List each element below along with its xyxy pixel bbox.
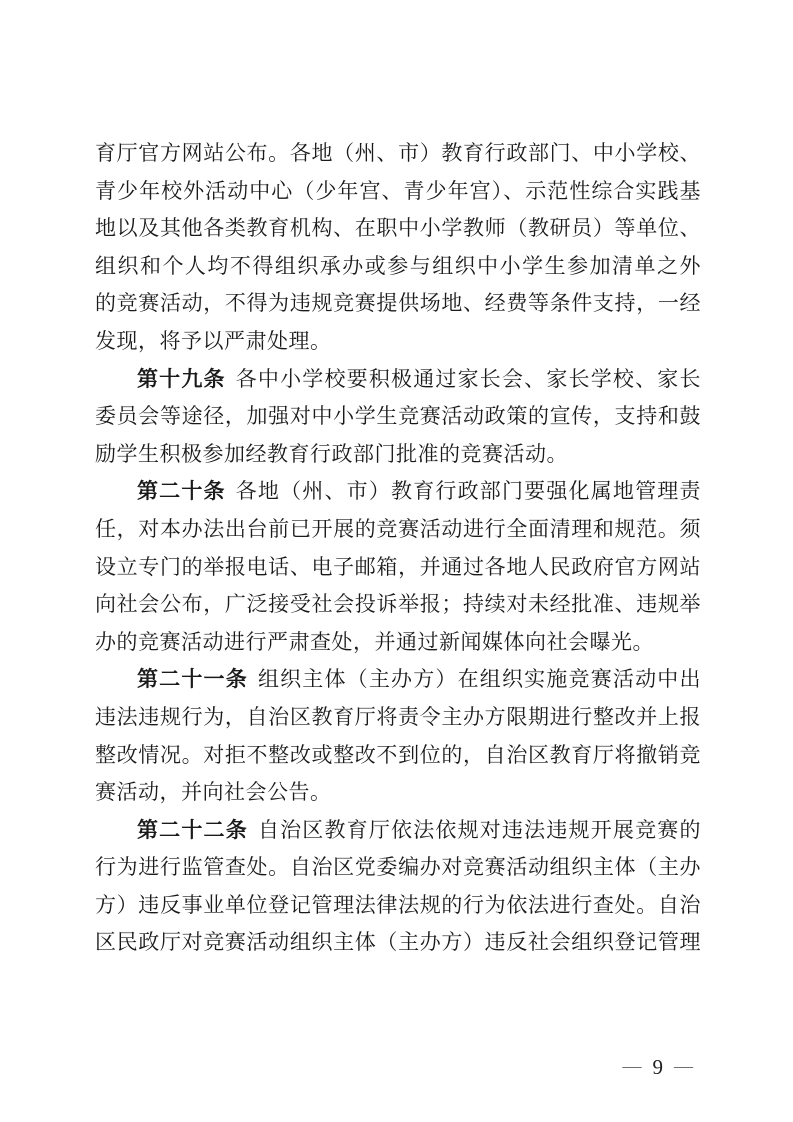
page-number-value: 9 bbox=[653, 1054, 664, 1080]
text-line: 的竞赛活动，不得为违规竞赛提供场地、经费等条件支持，一经 bbox=[95, 285, 701, 323]
article-22-text: 自治区教育厅依法依规对违法违规开展竞赛的 bbox=[258, 818, 701, 842]
text-line: 青少年校外活动中心（少年宫、青少年宫）、示范性综合实践基 bbox=[95, 173, 701, 211]
text-line-paragraph-end: 励学生积极参加经教育行政部门批准的竞赛活动。 bbox=[95, 436, 701, 474]
article-22-number: 第二十二条 bbox=[137, 818, 248, 842]
text-line-paragraph-end: 赛活动，并向社会公告。 bbox=[95, 774, 701, 812]
article-19-text: 各中小学校要积极通过家长会、家长学校、家长 bbox=[236, 367, 701, 391]
body-text-block: 育厅官方网站公布。各地（州、市）教育行政部门、中小学校、 青少年校外活动中心（少… bbox=[95, 135, 701, 962]
article-20-first-line: 第二十条各地（州、市）教育行政部门要强化属地管理责 bbox=[95, 473, 701, 511]
article-21-first-line: 第二十一条组织主体（主办方）在组织实施竞赛活动中出现 bbox=[95, 661, 701, 699]
page-number-dash-right: — bbox=[674, 1054, 693, 1080]
article-20-number: 第二十条 bbox=[137, 479, 226, 503]
text-line: 整改情况。对拒不整改或整改不到位的，自治区教育厅将撤销竞 bbox=[95, 737, 701, 775]
text-line: 任，对本办法出台前已开展的竞赛活动进行全面清理和规范。须 bbox=[95, 511, 701, 549]
text-line-paragraph-end: 发现，将予以严肃处理。 bbox=[95, 323, 701, 361]
text-line: 区民政厅对竞赛活动组织主体（主办方）违反社会组织登记管理 bbox=[95, 924, 701, 962]
article-19-first-line: 第十九条各中小学校要积极通过家长会、家长学校、家长 bbox=[95, 361, 701, 399]
text-line: 委员会等途径，加强对中小学生竞赛活动政策的宣传，支持和鼓 bbox=[95, 398, 701, 436]
text-line: 育厅官方网站公布。各地（州、市）教育行政部门、中小学校、 bbox=[95, 135, 701, 173]
text-line: 方）违反事业单位登记管理法律法规的行为依法进行查处。自治 bbox=[95, 887, 701, 925]
text-line: 向社会公布，广泛接受社会投诉举报；持续对未经批准、违规举 bbox=[95, 586, 701, 624]
article-21-number: 第二十一条 bbox=[137, 667, 248, 691]
text-line: 设立专门的举报电话、电子邮箱，并通过各地人民政府官方网站 bbox=[95, 549, 701, 587]
article-22-first-line: 第二十二条自治区教育厅依法依规对违法违规开展竞赛的 bbox=[95, 812, 701, 850]
page-number-dash-left: — bbox=[623, 1054, 642, 1080]
article-20-text: 各地（州、市）教育行政部门要强化属地管理责 bbox=[236, 479, 701, 503]
text-line-paragraph-end: 办的竞赛活动进行严肃查处，并通过新闻媒体向社会曝光。 bbox=[95, 624, 701, 662]
article-19-number: 第十九条 bbox=[137, 367, 226, 391]
document-page: 育厅官方网站公布。各地（州、市）教育行政部门、中小学校、 青少年校外活动中心（少… bbox=[0, 0, 793, 1122]
page-number: — 9 — bbox=[623, 1054, 694, 1080]
text-line: 违法违规行为，自治区教育厅将责令主办方限期进行整改并上报 bbox=[95, 699, 701, 737]
text-line: 组织和个人均不得组织承办或参与组织中小学生参加清单之外 bbox=[95, 248, 701, 286]
text-line: 地以及其他各类教育机构、在职中小学教师（教研员）等单位、 bbox=[95, 210, 701, 248]
text-line: 行为进行监管查处。自治区党委编办对竞赛活动组织主体（主办 bbox=[95, 849, 701, 887]
